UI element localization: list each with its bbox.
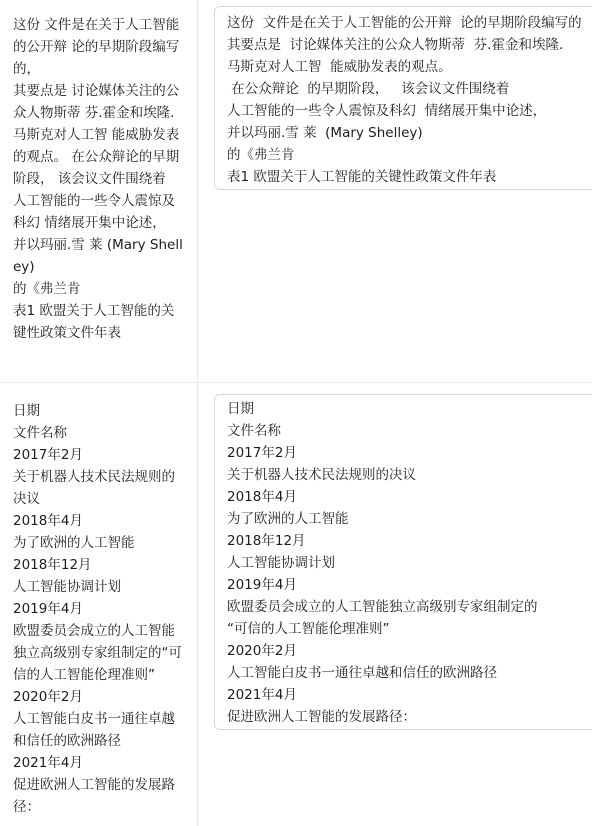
text-line: 为了欧洲的人工智能	[13, 532, 185, 554]
text-line: 人工智能的一些令人震惊及科幻 情绪展开集中论述，	[227, 100, 592, 122]
text-line: 这份 文件是在关于人工智能的公开辩 论的早期阶段编写的，	[13, 14, 185, 80]
text-line: 2018年4月	[13, 510, 185, 532]
text-line: 其要点是 讨论媒体关注的公众人物斯蒂 芬.霍金和埃隆. 马斯克对人工智 能威胁发…	[13, 80, 185, 190]
output-text-card[interactable]: 这份 文件是在关于人工智能的公开辩 论的早期阶段编写的 其要点是 讨论媒体关注的…	[214, 6, 592, 190]
text-line: 2018年12月	[227, 530, 592, 552]
text-line: 文件名称	[227, 420, 592, 442]
text-line: 在公众辩论 的早期阶段， 该会议文件围绕着	[227, 78, 592, 100]
text-line: 2020年2月	[227, 640, 592, 662]
text-line: 促进欧洲人工智能的发展路径：	[227, 706, 592, 728]
text-line: 日期	[227, 398, 592, 420]
text-line: 2019年4月	[13, 598, 185, 620]
text-line: 2018年12月	[13, 554, 185, 576]
text-line: 人工智能白皮书一通往卓越和信任的欧洲路径	[227, 662, 592, 684]
row-timeline: 日期 文件名称 2017年2月 关于机器人技术民法规则的决议 2018年4月 为…	[0, 383, 592, 826]
text-line: 2020年2月	[13, 686, 185, 708]
text-line: 并以玛丽.雪 莱 (Mary Shelley)	[13, 234, 185, 278]
text-line: 的《弗兰肯	[13, 278, 185, 300]
text-line: 表1 欧盟关于人工智能的关键性政策文件年表	[227, 166, 592, 188]
comparison-grid: 这份 文件是在关于人工智能的公开辩 论的早期阶段编写的， 其要点是 讨论媒体关注…	[0, 0, 592, 826]
source-text-cell: 日期 文件名称 2017年2月 关于机器人技术民法规则的决议 2018年4月 为…	[13, 400, 185, 818]
text-line: 的《弗兰肯	[227, 144, 592, 166]
text-line: 表1 欧盟关于人工智能的关键性政策文件年表	[13, 300, 185, 344]
text-line: 为了欧洲的人工智能	[227, 508, 592, 530]
text-line: 人工智能协调计划	[13, 576, 185, 598]
text-line: 欧盟委员会成立的人工智能独立高级别专家组制定的	[227, 596, 592, 618]
text-line: 其要点是 讨论媒体关注的公众人物斯蒂 芬.霍金和埃隆.	[227, 34, 592, 56]
text-line: 2021年4月	[227, 684, 592, 706]
row-intro: 这份 文件是在关于人工智能的公开辩 论的早期阶段编写的， 其要点是 讨论媒体关注…	[0, 0, 592, 383]
text-line: 关于机器人技术民法规则的决议	[227, 464, 592, 486]
text-line: 文件名称	[13, 422, 185, 444]
text-line: 2021年4月	[13, 752, 185, 774]
text-line: 促进欧洲人工智能的发展路径：	[13, 774, 185, 818]
text-line: 2018年4月	[227, 486, 592, 508]
text-line: 2017年2月	[13, 444, 185, 466]
text-line: 关于机器人技术民法规则的决议	[13, 466, 185, 510]
text-line: 人工智能的一些令人震惊及科幻 情绪展开集中论述，	[13, 190, 185, 234]
text-line: 2019年4月	[227, 574, 592, 596]
output-text-card[interactable]: 日期 文件名称 2017年2月 关于机器人技术民法规则的决议 2018年4月 为…	[214, 394, 592, 730]
column-divider	[197, 0, 198, 826]
text-line: 并以玛丽.雪 莱 (Mary Shelley)	[227, 122, 592, 144]
text-line: 马斯克对人工智 能威胁发表的观点。	[227, 56, 592, 78]
text-line: 人工智能协调计划	[227, 552, 592, 574]
text-line: 2017年2月	[227, 442, 592, 464]
text-line: 人工智能白皮书一通往卓越和信任的欧洲路径	[13, 708, 185, 752]
text-line: “可信的人工智能伦理准则”	[227, 618, 592, 640]
text-line: 日期	[13, 400, 185, 422]
text-line: 这份 文件是在关于人工智能的公开辩 论的早期阶段编写的	[227, 12, 592, 34]
source-text-cell: 这份 文件是在关于人工智能的公开辩 论的早期阶段编写的， 其要点是 讨论媒体关注…	[13, 14, 185, 344]
text-line: 欧盟委员会成立的人工智能独立高级别专家组制定的“可信的人工智能伦理准则”	[13, 620, 185, 686]
